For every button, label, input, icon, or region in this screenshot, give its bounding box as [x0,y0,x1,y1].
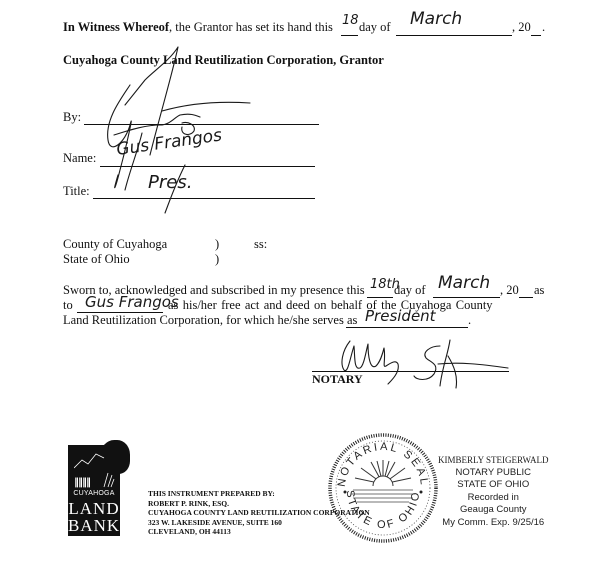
hills-icon [74,450,108,470]
venue-ss: ss: [254,237,267,252]
by-label: By: [63,110,81,125]
fence-icon: ‖‖‖‖ [74,477,90,488]
witness-month-blank [396,35,512,36]
witness-lead: In Witness Whereof [63,20,169,34]
land-bank-logo: ‖‖‖‖ CUYAHOGA LAND BANK [68,445,120,536]
witness-day-handwritten: 18 [342,13,359,28]
witness-month-handwritten: March [410,9,462,29]
witness-year-blank [531,35,541,36]
notarial-seal: NOTARIAL SEAL STATE OF OHIO [327,432,439,544]
ack-line-3: Land Reutilization Corporation, for whic… [63,313,357,328]
grantor-signature [100,45,260,215]
witness-day-blank [341,35,358,36]
venue-paren-1: ) [215,237,219,252]
venue-county: County of Cuyahoga [63,237,167,252]
venue-state: State of Ohio [63,252,130,267]
title-label: Title: [63,184,90,199]
witness-statement: In Witness Whereof, the Grantor has set … [63,20,333,35]
svg-text:STATE OF OHIO: STATE OF OHIO [344,489,423,531]
ack-month-handwritten: March [438,273,490,293]
ack-line-2-to: to [63,298,73,313]
notary-signature [330,336,510,396]
notary-stamp: KIMBERLY STEIGERWALD NOTARY PUBLIC STATE… [438,454,549,529]
ack-line-2: as his/her free act and deed on behalf o… [168,298,493,313]
ack-person-handwritten: Gus Frangos [85,293,179,311]
name-label: Name: [63,151,96,166]
venue-paren-2: ) [215,252,219,267]
grass-icon [102,469,116,489]
ack-role-handwritten: President [365,307,436,325]
